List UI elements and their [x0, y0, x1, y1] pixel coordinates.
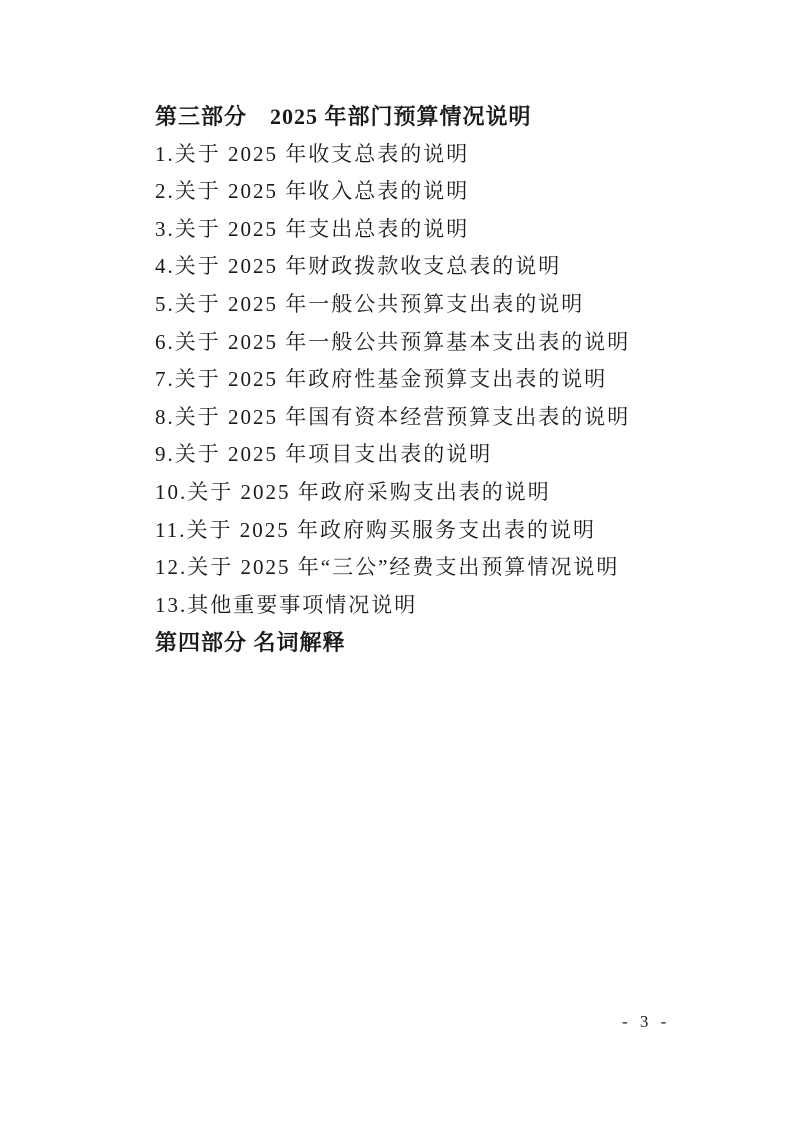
- page-number: - 3 -: [622, 1012, 670, 1032]
- toc-item: 7.关于 2025 年政府性基金预算支出表的说明: [155, 361, 675, 399]
- toc-item: 9.关于 2025 年项目支出表的说明: [155, 436, 675, 474]
- toc-item: 13.其他重要事项情况说明: [155, 587, 675, 625]
- toc-item: 11.关于 2025 年政府购买服务支出表的说明: [155, 512, 675, 550]
- toc-item: 5.关于 2025 年一般公共预算支出表的说明: [155, 286, 675, 324]
- toc-content: 第三部分 2025 年部门预算情况说明 1.关于 2025 年收支总表的说明 2…: [155, 98, 675, 662]
- toc-item: 10.关于 2025 年政府采购支出表的说明: [155, 474, 675, 512]
- toc-item: 12.关于 2025 年“三公”经费支出预算情况说明: [155, 549, 675, 587]
- toc-item: 2.关于 2025 年收入总表的说明: [155, 173, 675, 211]
- section3-heading: 第三部分 2025 年部门预算情况说明: [155, 98, 675, 136]
- toc-item: 1.关于 2025 年收支总表的说明: [155, 136, 675, 174]
- toc-item: 6.关于 2025 年一般公共预算基本支出表的说明: [155, 324, 675, 362]
- toc-item: 4.关于 2025 年财政拨款收支总表的说明: [155, 248, 675, 286]
- section4-heading: 第四部分 名词解释: [155, 624, 675, 662]
- toc-item: 8.关于 2025 年国有资本经营预算支出表的说明: [155, 399, 675, 437]
- document-page: 第三部分 2025 年部门预算情况说明 1.关于 2025 年收支总表的说明 2…: [0, 0, 793, 1122]
- toc-item: 3.关于 2025 年支出总表的说明: [155, 211, 675, 249]
